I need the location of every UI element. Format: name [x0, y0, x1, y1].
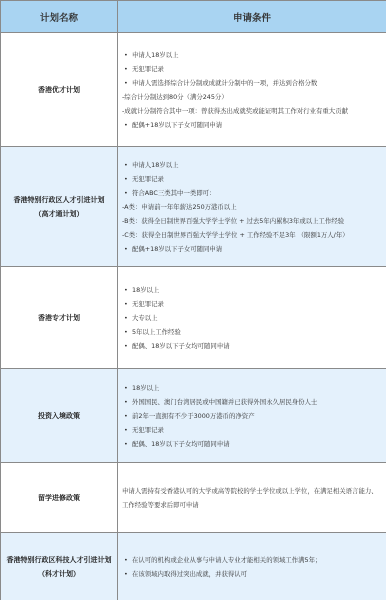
- condition-text: 无犯罪记录: [132, 426, 164, 434]
- condition-text: 18岁以上: [132, 286, 159, 294]
- condition-bullet: 18岁以上: [122, 381, 382, 395]
- condition-bullet: 配偶+18岁以下子女可随同申请: [122, 242, 382, 256]
- condition-text: 前2年一直拥有不少于3000万港币的净资产: [132, 412, 255, 420]
- condition-paragraph: 申请人需持有受香港认可的大学或高等院校的学士学位或以上学位，在满足相关语言能力、…: [122, 484, 382, 512]
- condition-bullet: 申请人18岁以上: [122, 48, 382, 62]
- condition-text: -A类：申请前一年年薪达250万港币以上: [122, 203, 237, 211]
- header-conditions: 申请条件: [118, 1, 386, 33]
- condition-text: 申请人需选择综合计分制或成就计分制中的一项，并达到合格分数: [132, 79, 317, 87]
- condition-bullet: 申请人需选择综合计分制或成就计分制中的一项，并达到合格分数: [122, 76, 382, 90]
- condition-bullet: 前2年一直拥有不少于3000万港币的净资产: [122, 409, 382, 423]
- plan-name: 香港特别行政区科技人才引进计划: [1, 553, 117, 567]
- condition-text: 18岁以上: [132, 384, 159, 392]
- condition-bullet: 无犯罪记录: [122, 423, 382, 437]
- condition-bullet: 符合ABC三类其中一类即可：: [122, 186, 382, 200]
- condition-bullet: 无犯罪记录: [122, 172, 382, 186]
- condition-text: 申请人18岁以上: [132, 51, 178, 59]
- condition-text: 配偶、18岁以下子女均可随同申请: [132, 440, 230, 448]
- condition-bullet: 无犯罪记录: [122, 297, 382, 311]
- condition-bullet: 18岁以上: [122, 283, 382, 297]
- plan-name: 香港特别行政区人才引进计划: [1, 193, 117, 207]
- condition-text: 配偶+18岁以下子女可随同申请: [132, 121, 222, 129]
- condition-subitem: -综合计分制达到80分（满分245分）: [122, 90, 382, 104]
- table-row: 投资入境政策18岁以上外国国民、澳门台湾居民或中国籍并已获得外国永久居民身份人士…: [1, 369, 386, 463]
- conditions-cell: 申请人18岁以上无犯罪记录申请人需选择综合计分制或成就计分制中的一项，并达到合格…: [118, 33, 386, 147]
- conditions-cell: 18岁以上外国国民、澳门台湾居民或中国籍并已获得外国永久居民身份人士前2年一直拥…: [118, 369, 386, 463]
- condition-bullet: 外国国民、澳门台湾居民或中国籍并已获得外国永久居民身份人士: [122, 395, 382, 409]
- condition-text: -B类：获得全日制世界百强大学学士学位 + 过去5年内累积3年或以上工作经验: [122, 217, 344, 225]
- table-row: 香港优才计划申请人18岁以上无犯罪记录申请人需选择综合计分制或成就计分制中的一项…: [1, 33, 386, 147]
- conditions-cell: 申请人18岁以上无犯罪记录符合ABC三类其中一类即可：-A类：申请前一年年薪达2…: [118, 147, 386, 267]
- condition-text: -C类：获得全日制世界百强大学学士学位 + 工作经验不足3年 （限额1万人/年）: [122, 231, 349, 239]
- condition-subitem: -C类：获得全日制世界百强大学学士学位 + 工作经验不足3年 （限额1万人/年）: [122, 228, 382, 242]
- plan-name: 投资入境政策: [1, 409, 117, 423]
- condition-text: 无犯罪记录: [132, 175, 164, 183]
- plan-name-cell: 投资入境政策: [1, 369, 118, 463]
- condition-bullet: 在认可的机构或企业从事与申请人专业才能相关的领域工作满5年；: [122, 553, 382, 567]
- condition-text: 在该领域内取得过突出成就，并获得认可: [132, 570, 247, 578]
- condition-text: 符合ABC三类其中一类即可：: [132, 189, 215, 197]
- plan-name: 留学进修政策: [1, 491, 117, 505]
- condition-bullet: 无犯罪记录: [122, 62, 382, 76]
- table-row: 香港专才计划18岁以上无犯罪记录大专以上5年以上工作经验配偶、18岁以下子女均可…: [1, 267, 386, 369]
- condition-text: 无犯罪记录: [132, 300, 164, 308]
- condition-text: 在认可的机构或企业从事与申请人专业才能相关的领域工作满5年；: [132, 556, 321, 564]
- plan-name-cell: 香港优才计划: [1, 33, 118, 147]
- condition-bullet: 大专以上: [122, 311, 382, 325]
- table-row: 留学进修政策申请人需持有受香港认可的大学或高等院校的学士学位或以上学位，在满足相…: [1, 463, 386, 533]
- condition-text: 大专以上: [132, 314, 158, 322]
- table-header-row: 计划名称 申请条件: [1, 1, 386, 33]
- condition-text: 无犯罪记录: [132, 65, 164, 73]
- condition-bullet: 5年以上工作经验: [122, 325, 382, 339]
- plan-name: （科才计划）: [1, 567, 117, 581]
- plan-name-cell: 香港专才计划: [1, 267, 118, 369]
- plan-name: 香港优才计划: [1, 83, 117, 97]
- conditions-cell: 申请人需持有受香港认可的大学或高等院校的学士学位或以上学位，在满足相关语言能力、…: [118, 463, 386, 533]
- condition-bullet: 配偶+18岁以下子女可随同申请: [122, 118, 382, 132]
- condition-bullet: 配偶、18岁以下子女均可随同申请: [122, 437, 382, 451]
- conditions-cell: 在认可的机构或企业从事与申请人专业才能相关的领域工作满5年；在该领域内取得过突出…: [118, 533, 386, 600]
- condition-text: 配偶+18岁以下子女可随同申请: [132, 245, 222, 253]
- condition-text: 配偶、18岁以下子女均可随同申请: [132, 342, 230, 350]
- plan-name: 香港专才计划: [1, 311, 117, 325]
- plan-name-cell: 留学进修政策: [1, 463, 118, 533]
- plan-name: （高才通计划）: [1, 207, 117, 221]
- table-row: 香港特别行政区科技人才引进计划（科才计划）在认可的机构或企业从事与申请人专业才能…: [1, 533, 386, 600]
- immigration-plans-table: 计划名称 申请条件 香港优才计划申请人18岁以上无犯罪记录申请人需选择综合计分制…: [0, 0, 386, 600]
- plan-name-cell: 香港特别行政区人才引进计划（高才通计划）: [1, 147, 118, 267]
- condition-text: 申请人18岁以上: [132, 161, 178, 169]
- condition-bullet: 配偶、18岁以下子女均可随同申请: [122, 339, 382, 353]
- condition-text: -综合计分制达到80分（满分245分）: [122, 93, 228, 101]
- table-row: 香港特别行政区人才引进计划（高才通计划）申请人18岁以上无犯罪记录符合ABC三类…: [1, 147, 386, 267]
- header-plan-name: 计划名称: [1, 1, 118, 33]
- conditions-cell: 18岁以上无犯罪记录大专以上5年以上工作经验配偶、18岁以下子女均可随同申请: [118, 267, 386, 369]
- condition-bullet: 在该领域内取得过突出成就，并获得认可: [122, 567, 382, 581]
- condition-text: -成就计分制符合其中一项：曾获得杰出成就奖或能证明其工作对行业有重大贡献: [122, 107, 348, 115]
- plan-name-cell: 香港特别行政区科技人才引进计划（科才计划）: [1, 533, 118, 600]
- condition-subitem: -成就计分制符合其中一项：曾获得杰出成就奖或能证明其工作对行业有重大贡献: [122, 104, 382, 118]
- condition-subitem: -A类：申请前一年年薪达250万港币以上: [122, 200, 382, 214]
- condition-text: 5年以上工作经验: [132, 328, 181, 336]
- condition-text: 外国国民、澳门台湾居民或中国籍并已获得外国永久居民身份人士: [132, 398, 317, 406]
- condition-subitem: -B类：获得全日制世界百强大学学士学位 + 过去5年内累积3年或以上工作经验: [122, 214, 382, 228]
- condition-bullet: 申请人18岁以上: [122, 158, 382, 172]
- condition-text: 申请人需持有受香港认可的大学或高等院校的学士学位或以上学位，在满足相关语言能力、…: [122, 487, 378, 509]
